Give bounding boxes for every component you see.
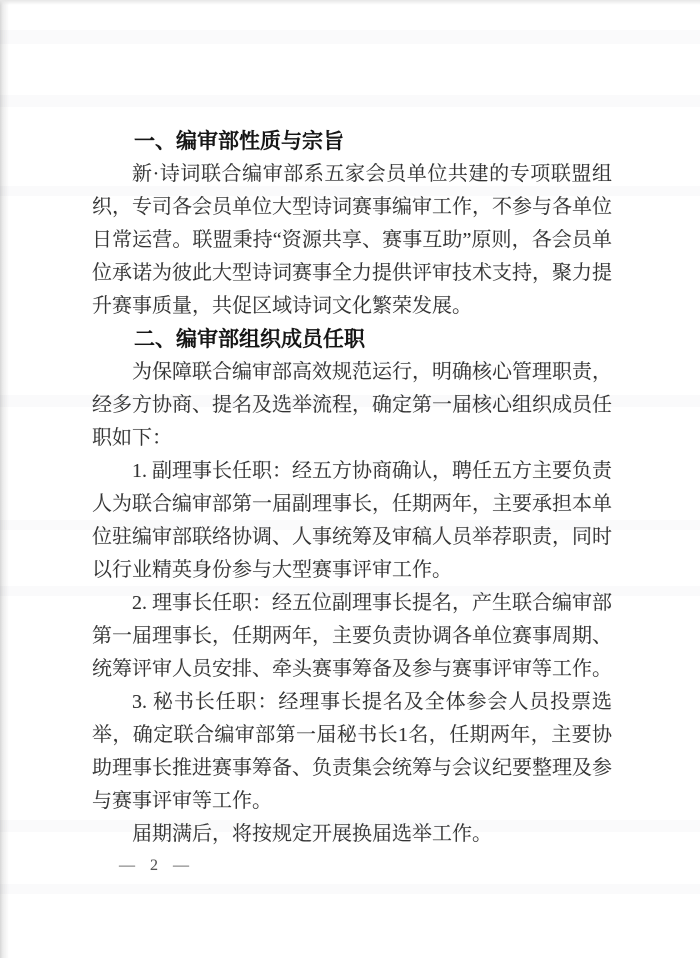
section-2-item-3: 3. 秘书长任职：经理事长提名及全体参会人员投票选举，确定联合编审部第一届秘书长…: [92, 686, 612, 818]
scan-top-edge: [0, 0, 700, 5]
section-2-item-1: 1. 副理事长任职：经五方协商确认，聘任五方主要负责人为联合编审部第一届副理事长…: [92, 455, 612, 587]
page-number: — 2 —: [119, 855, 190, 877]
section-2-intro-paragraph: 为保障联合编审部高效规范运行，明确核心管理职责，经多方协商、提名及选举流程，确定…: [92, 356, 612, 455]
section-1-paragraph: 新·诗词联合编审部系五家会员单位共建的专项联盟组织，专司各会员单位大型诗词赛事编…: [92, 158, 612, 323]
scanned-document-page: 一、编审部性质与宗旨 新·诗词联合编审部系五家会员单位共建的专项联盟组织，专司各…: [0, 0, 700, 958]
scan-band: [0, 95, 700, 107]
document-body: 一、编审部性质与宗旨 新·诗词联合编审部系五家会员单位共建的专项联盟组织，专司各…: [92, 125, 612, 851]
section-2-closing-paragraph: 届期满后，将按规定开展换届选举工作。: [92, 818, 612, 851]
section-2-item-2: 2. 理事长任职：经五位副理事长提名，产生联合编审部第一届理事长，任期两年，主要…: [92, 587, 612, 686]
scan-band: [0, 884, 700, 894]
section-1-heading: 一、编审部性质与宗旨: [92, 125, 612, 158]
scan-band: [0, 30, 700, 44]
scan-left-edge: [0, 0, 9, 958]
section-2-heading: 二、编审部组织成员任职: [92, 323, 612, 356]
